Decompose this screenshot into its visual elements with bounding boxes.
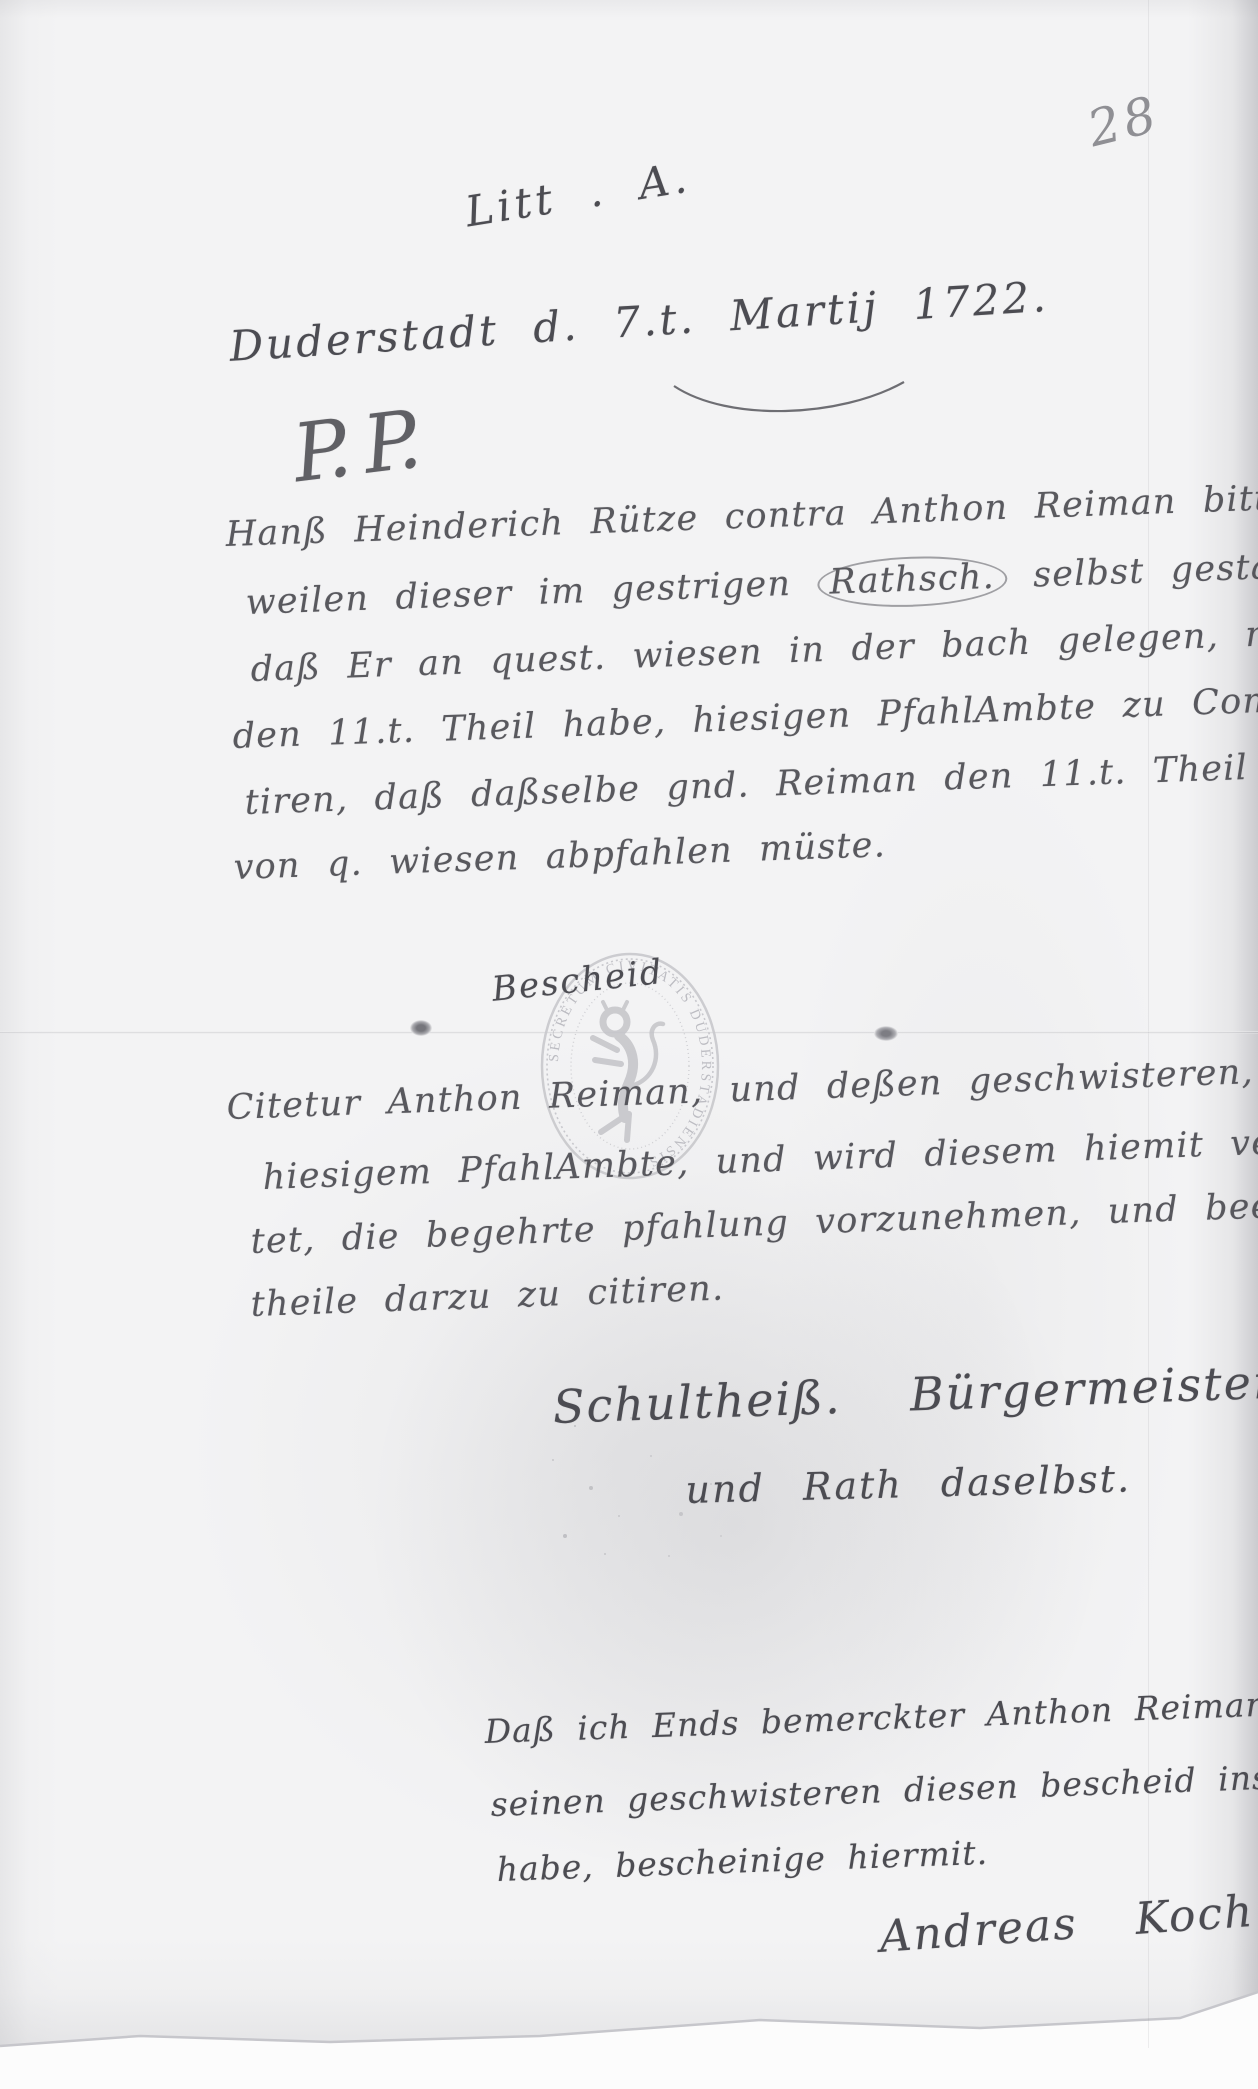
salutation-flourish: P. P. (288, 393, 420, 500)
sheet-fold-line-vertical (1148, 0, 1149, 2048)
dateline-flourish (668, 378, 912, 422)
manuscript-scan: 28 Litt . A. Duderstadt d. 7.t. Martij 1… (0, 0, 1258, 2089)
seal-lion-icon (593, 1002, 663, 1140)
fold-hole-left (410, 1020, 432, 1036)
fold-hole-right (874, 1026, 898, 1041)
